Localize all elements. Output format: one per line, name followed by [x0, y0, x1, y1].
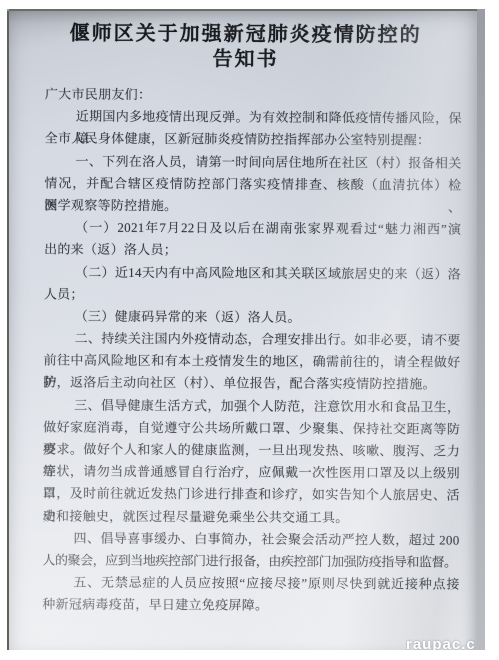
document-body: 广大市民朋友们：近期国内多地疫情出现反弹。为有效控制和降低疫情传播风险，保障全市…	[42, 83, 462, 618]
document-line: 症状，请勿当成普通感冒自行治疗，应佩戴一次性医用口罩及以上级别口	[43, 461, 460, 485]
document-line: 一、下列在洛人员，请第一时间向居住地所在社区（村）报备相关	[44, 150, 461, 174]
document-photo: 偃师区关于加强新冠肺炎疫情防控的 告知书 广大市民朋友们：近期国内多地疫情出现反…	[7, 9, 485, 650]
document-line: （三）健康码异常的来（返）洛人员。	[44, 305, 461, 329]
document-line: 三、倡导健康生活方式，加强个人防范，注意饮用水和食品卫生，	[43, 394, 460, 418]
notice-paper: 偃师区关于加强新冠肺炎疫情防控的 告知书 广大市民朋友们：近期国内多地疫情出现反…	[9, 11, 477, 650]
document-line: 情况，并配合辖区疫情防控部门落实疫情排查、核酸（血清抗体）检测、	[44, 172, 461, 196]
document-line: 人的聚会，应到当地疾控部门进行报备，由疾控部门加强防疫指导和监督。	[42, 549, 459, 573]
document-line: 二、持续关注国内外疫情动态，合理安排出行。如非必要，请不要	[44, 328, 461, 352]
document-line: （二）近14天内有中高风险地区和其关联区域旅居史的来（返）洛	[44, 261, 461, 285]
notice-title-line-1: 偃师区关于加强新冠肺炎疫情防控的	[37, 21, 454, 48]
document-line: 五、无禁忌症的人员应按照“应接尽接”原则尽快到就近接种点接	[42, 572, 459, 596]
document-line: 广大市民朋友们：	[45, 83, 462, 107]
document-line: 罩，及时前往就近发热门诊进行排查和诊疗，如实告知个人旅居史、活动	[43, 483, 460, 507]
document-line: 全市人民身体健康，区新冠肺炎疫情防控指挥部办公室特别提醒：	[45, 128, 462, 152]
document-line: 要求。做好个人和家人的健康监测，一旦出现发热、咳嗽、腹泻、乏力等	[43, 438, 460, 462]
watermark-text: raupac.c	[406, 637, 476, 650]
document-line: 四、倡导喜事缓办、白事简办，社会聚会活动严控人数，超过 200	[43, 527, 460, 551]
screenshot-root: 偃师区关于加强新冠肺炎疫情防控的 告知书 广大市民朋友们：近期国内多地疫情出现反…	[0, 0, 499, 660]
document-line: 人员；	[44, 283, 461, 307]
document-line: （一）2021年7月22日及以后在湖南张家界观看过“魅力湘西”演	[44, 217, 461, 241]
document-line: 出的来（返）洛人员；	[44, 239, 461, 263]
document-line: 近期国内多地疫情出现反弹。为有效控制和降低疫情传播风险，保障	[45, 106, 462, 130]
notice-title: 偃师区关于加强新冠肺炎疫情防控的 告知书	[37, 21, 454, 73]
document-line: 种新冠病毒疫苗，早日建立免疫屏障。	[42, 594, 459, 618]
notice-title-line-2: 告知书	[37, 46, 454, 73]
document-line: 前往中高风险地区和有本土疫情发生的地区，确需前往的，请全程做好防	[43, 350, 460, 374]
document-line: 史和接触史，就医过程尽量避免乘坐公共交通工具。	[43, 505, 460, 529]
notice-document: 偃师区关于加强新冠肺炎疫情防控的 告知书 广大市民朋友们：近期国内多地疫情出现反…	[7, 10, 477, 650]
document-line: 做好家庭消毒，自觉遵守公共场所戴口罩、少聚集、保持社交距离等防疫	[43, 416, 460, 440]
document-line: 护，返洛后主动向社区（村）、单位报告，配合落实疫情防控措施。	[43, 372, 460, 396]
watermark: raupac.c	[406, 637, 499, 650]
